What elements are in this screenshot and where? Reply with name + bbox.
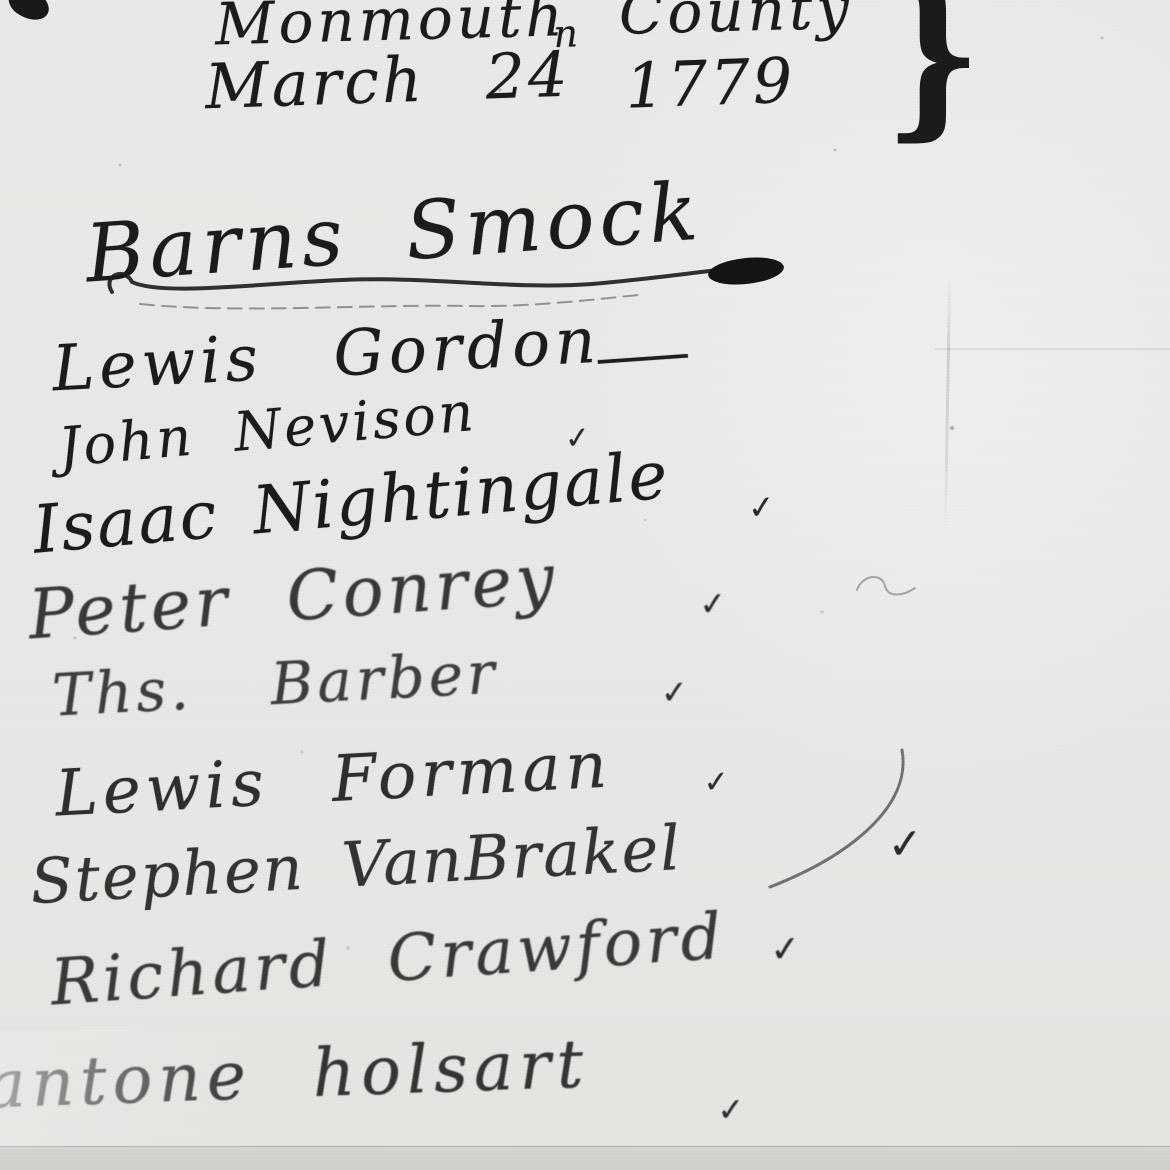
signature-line: Lewis Forman ✓: [53, 728, 613, 831]
date-day-wrap: 24n: [484, 38, 571, 114]
signature-name: Lewis Gordon: [50, 304, 602, 406]
signature-mark-icon: ✓: [717, 1090, 751, 1129]
signature-mark-icon: ✓: [660, 672, 693, 712]
signature-name: Ths. Barber: [51, 638, 501, 729]
signature-mark-icon: ✓: [698, 584, 731, 624]
date-month: March: [204, 43, 426, 124]
date-day-superscript: n: [553, 11, 582, 56]
signature-mark-icon: ✓: [746, 487, 778, 527]
signature-name: Richard Crawford: [48, 900, 728, 1021]
signature-line: Richard Crawford ✓: [48, 900, 728, 1021]
signature-line: Ths. Barber ✓: [51, 638, 501, 729]
signature-line: Lewis Gordon —: [50, 304, 602, 406]
scan-edge-band: [0, 1146, 1170, 1170]
ink-blot: [707, 254, 785, 288]
document-scan: Monmouth County } March 24n 1779 Barns S…: [0, 0, 1170, 1170]
fold-crease-horizontal: [935, 348, 1170, 350]
faded-ink-area: [0, 1030, 250, 1150]
signature-mark-icon: ✓: [703, 764, 735, 801]
stray-pen-stroke: [760, 745, 930, 895]
header-brace-icon: }: [884, 0, 982, 156]
cutoff-ink-mark: [4, 0, 54, 25]
signature-name: Lewis Forman: [53, 728, 613, 831]
signature-mark-icon: —: [589, 323, 706, 388]
pencil-squiggle: [852, 565, 922, 605]
date-year: 1779: [624, 44, 796, 123]
signature-mark-icon: ✓: [769, 928, 806, 971]
smock-underline-flourish: [100, 252, 790, 316]
fold-crease-vertical: [944, 278, 951, 530]
